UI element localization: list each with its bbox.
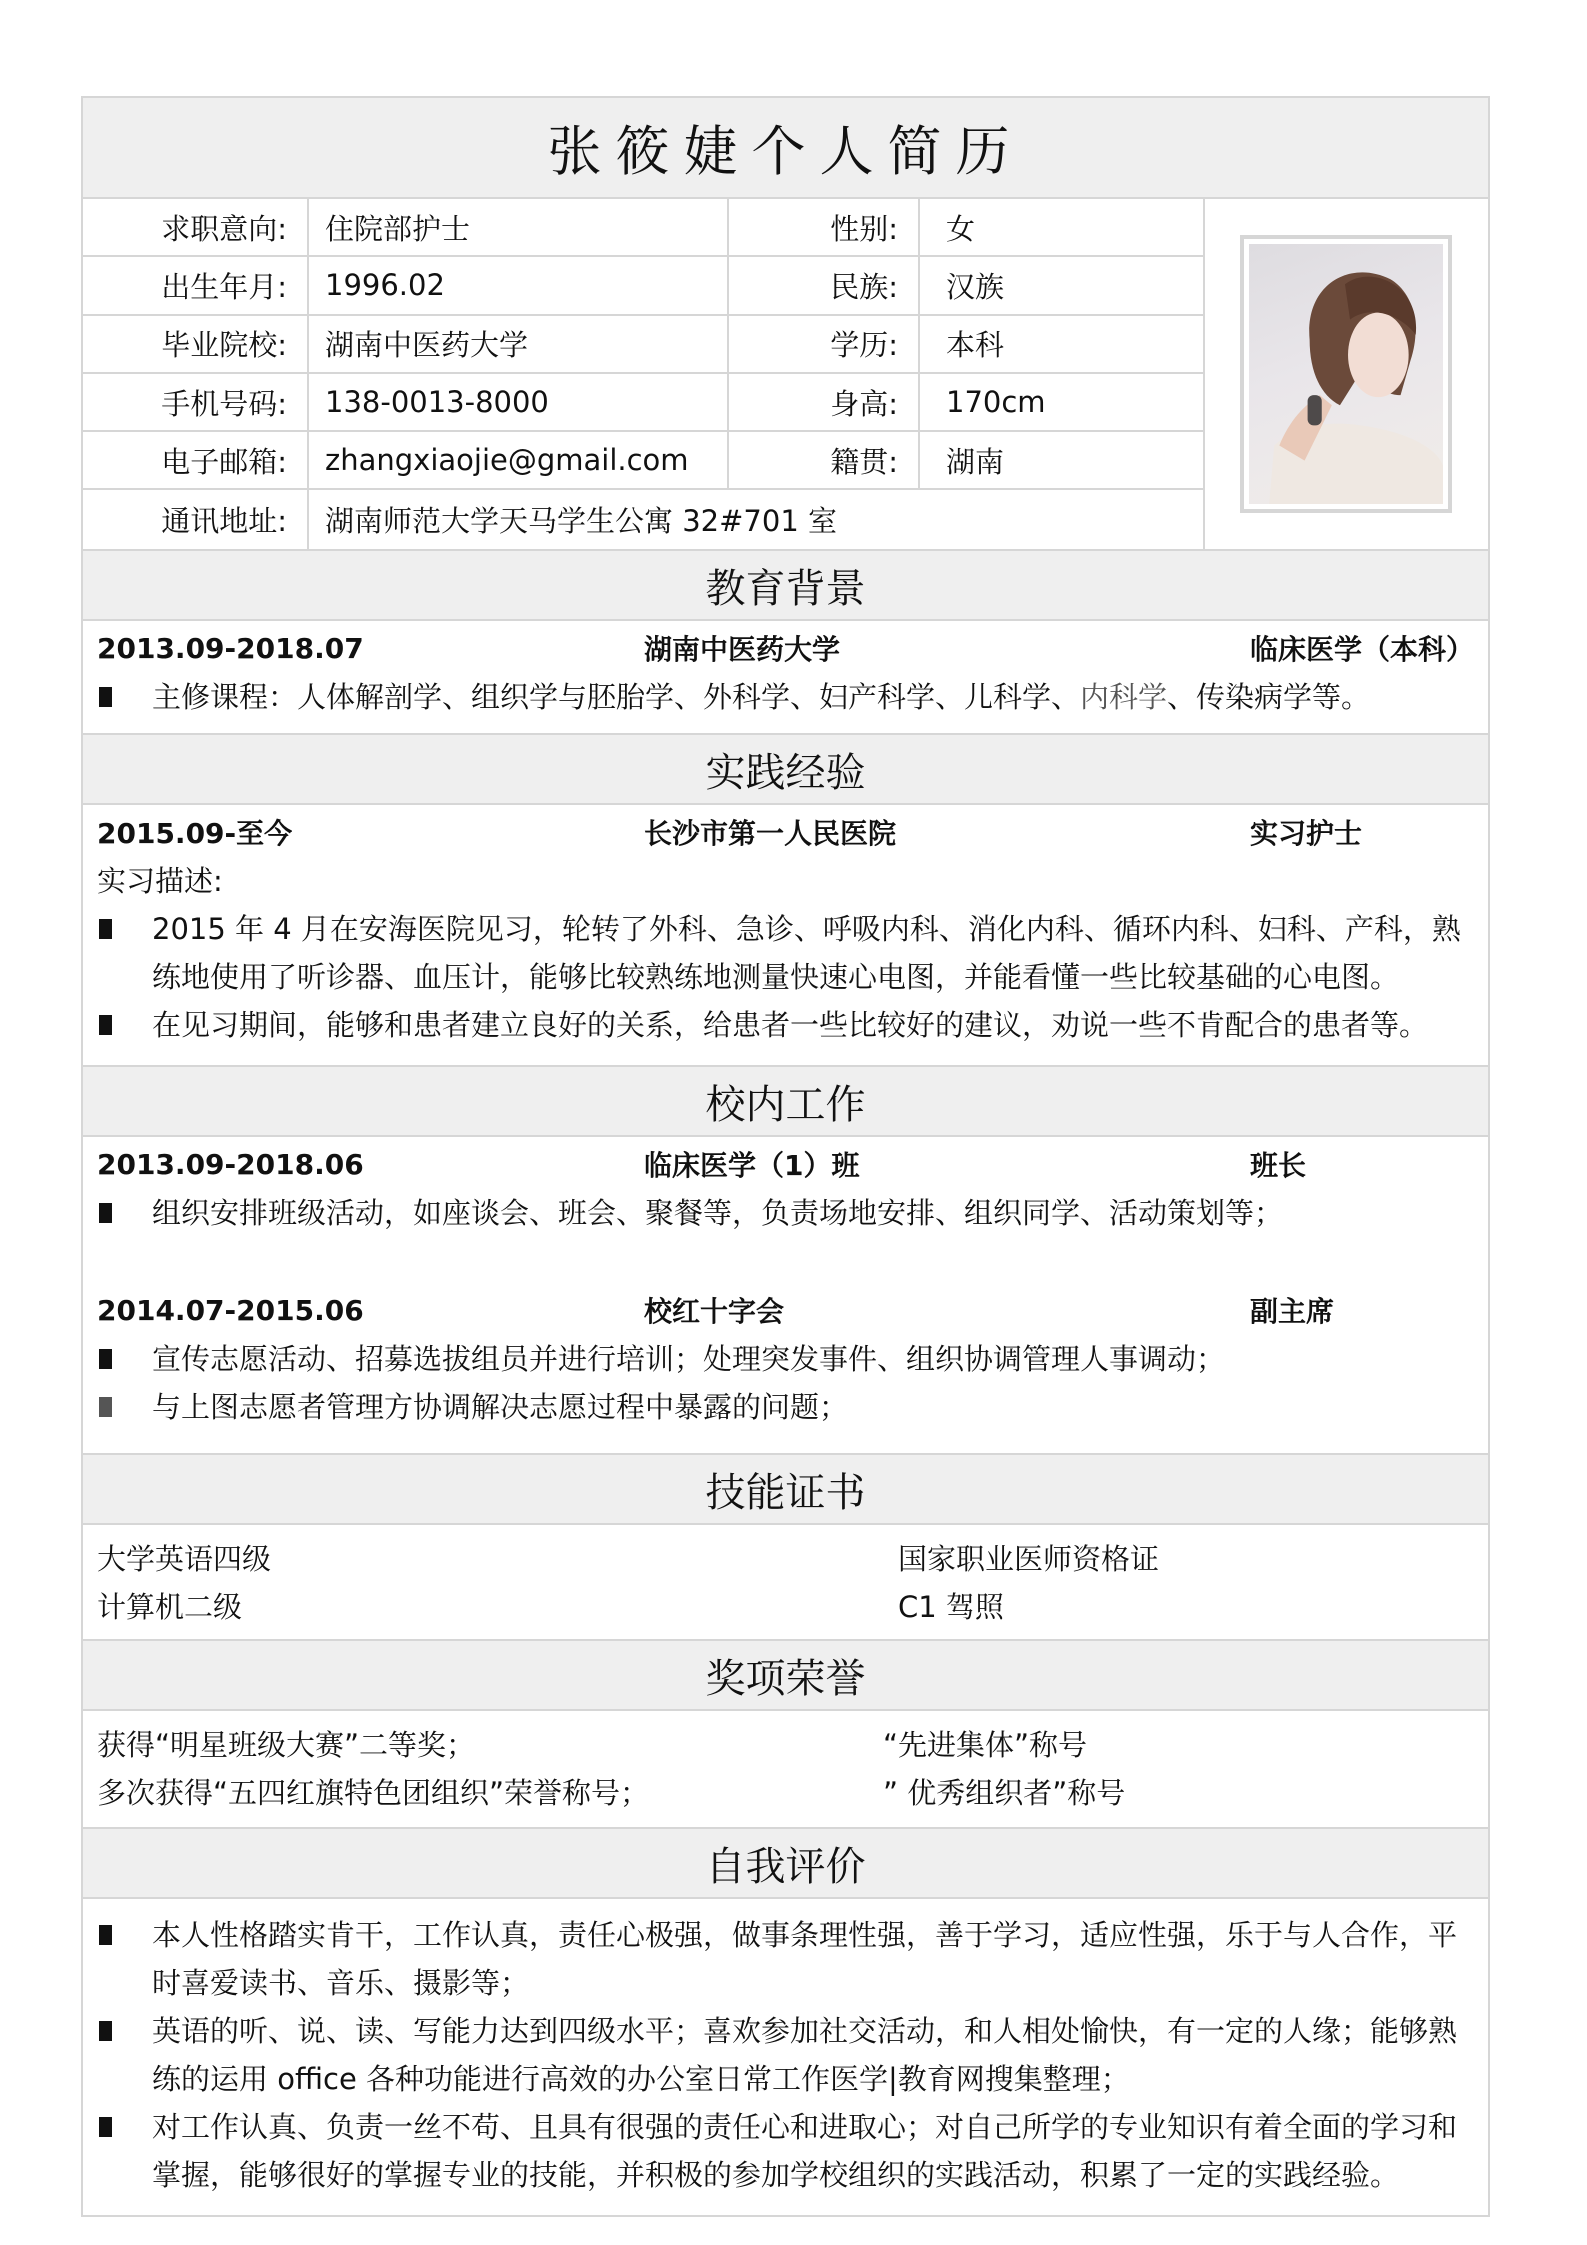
info-label: 电子邮箱: [83, 432, 309, 488]
entry-date: 2014.07-2015.06 [97, 1294, 644, 1327]
practice-bullet: 2015 年 4 月在安海医院见习，轮转了外科、急诊、呼吸内科、消化内科、循环内… [97, 905, 1472, 1001]
courses-bullet: 主修课程：人体解剖学、组织学与胚胎学、外科学、妇产科学、儿科学、内科学、传染病学… [97, 673, 1472, 721]
section-heading-campus: 校内工作 [83, 1067, 1488, 1137]
info-label: 籍贯: [729, 432, 920, 488]
awards-section: 获得“明星班级大赛”二等奖； “先进集体”称号 多次获得“五四红旗特色团组织”荣… [83, 1711, 1488, 1829]
self-eval-bullet: 英语的听、说、读、写能力达到四级水平；喜欢参加社交活动，和人相处愉快，有一定的人… [97, 2007, 1472, 2103]
skill-item: 大学英语四级 [97, 1535, 898, 1583]
portrait-icon [1249, 244, 1443, 504]
info-value: 170cm [920, 374, 1205, 430]
info-row-address: 通讯地址: 湖南师范大学天马学生公寓 32#701 室 [83, 490, 1205, 548]
info-value: 本科 [920, 316, 1205, 372]
practice-entry-header: 2015.09-至今 长沙市第一人民医院 实习护士 [97, 807, 1472, 857]
entry-org: 校红十字会 [644, 1290, 1250, 1330]
entry-role: 实习护士 [1250, 812, 1472, 852]
bullet-square-icon [99, 2021, 112, 2041]
practice-bullet: 在见习期间，能够和患者建立良好的关系，给患者一些比较好的建议，劝说一些不肯配合的… [97, 1001, 1472, 1049]
entry-role: 副主席 [1250, 1290, 1472, 1330]
education-section: 2013.09-2018.07 湖南中医药大学 临床医学（本科） 主修课程：人体… [83, 621, 1488, 735]
info-label: 通讯地址: [83, 490, 309, 548]
bullet-square-icon [99, 1925, 112, 1945]
info-row: 电子邮箱: zhangxiaojie@gmail.com 籍贯: 湖南 [83, 432, 1205, 490]
education-entry-header: 2013.09-2018.07 湖南中医药大学 临床医学（本科） [97, 623, 1472, 673]
bullet-square-icon [99, 2117, 112, 2137]
entry-org: 临床医学（1）班 [644, 1144, 1250, 1184]
campus-bullet: 组织安排班级活动，如座谈会、班会、聚餐等，负责场地安排、组织同学、活动策划等； [97, 1189, 1472, 1237]
bullet-square-icon [99, 1203, 112, 1223]
bullet-square-icon [99, 1349, 112, 1369]
info-label: 毕业院校: [83, 316, 309, 372]
info-label: 身高: [729, 374, 920, 430]
section-heading-awards: 奖项荣誉 [83, 1641, 1488, 1711]
section-heading-practice: 实践经验 [83, 735, 1488, 805]
photo-frame [1240, 235, 1452, 513]
self-eval-bullet: 对工作认真、负责一丝不苟、且具有很强的责任心和进取心；对自己所学的专业知识有着全… [97, 2103, 1472, 2199]
info-row: 手机号码: 138-0013-8000 身高: 170cm [83, 374, 1205, 432]
info-value: 住院部护士 [309, 199, 729, 255]
entry-date: 2013.09-2018.07 [97, 632, 644, 665]
campus-section: 2013.09-2018.06 临床医学（1）班 班长 组织安排班级活动，如座谈… [83, 1137, 1488, 1455]
section-heading-self-eval: 自我评价 [83, 1829, 1488, 1899]
entry-date: 2013.09-2018.06 [97, 1148, 644, 1181]
info-label: 性别: [729, 199, 920, 255]
address-value: 湖南师范大学天马学生公寓 32#701 室 [309, 490, 1205, 548]
self-eval-section: 本人性格踏实肯干，工作认真，责任心极强，做事条理性强，善于学习，适应性强，乐于与… [83, 1899, 1488, 2215]
email-value: zhangxiaojie@gmail.com [309, 432, 729, 488]
resume-title: 张筱婕个人简历 [548, 109, 1024, 186]
info-value: 湖南 [920, 432, 1205, 488]
info-value: 汉族 [920, 257, 1205, 313]
skills-row: 计算机二级 C1 驾照 [97, 1583, 1472, 1631]
award-item: “先进集体”称号 [883, 1721, 1087, 1769]
info-label: 出生年月: [83, 257, 309, 313]
campus-entry-header: 2013.09-2018.06 临床医学（1）班 班长 [97, 1139, 1472, 1189]
awards-row: 多次获得“五四红旗特色团组织”荣誉称号； ” 优秀组织者”称号 [97, 1769, 1472, 1817]
info-row: 出生年月: 1996.02 民族: 汉族 [83, 257, 1205, 315]
info-value: 1996.02 [309, 257, 729, 313]
info-value: 138-0013-8000 [309, 374, 729, 430]
info-row: 求职意向: 住院部护士 性别: 女 [83, 199, 1205, 257]
courses-text: 主修课程：人体解剖学、组织学与胚胎学、外科学、妇产科学、儿科学、 [152, 680, 1080, 714]
award-item: 多次获得“五四红旗特色团组织”荣誉称号； [97, 1769, 883, 1817]
bullet-square-icon [99, 687, 112, 707]
courses-text-end: 、传染病学等。 [1167, 680, 1370, 714]
info-value: 女 [920, 199, 1205, 255]
personal-info-section: 求职意向: 住院部护士 性别: 女 出生年月: 1996.02 民族: 汉族 毕… [83, 199, 1488, 551]
self-eval-bullet: 本人性格踏实肯干，工作认真，责任心极强，做事条理性强，善于学习，适应性强，乐于与… [97, 1911, 1472, 2007]
bullet-square-icon [99, 919, 112, 939]
info-label: 学历: [729, 316, 920, 372]
info-label: 求职意向: [83, 199, 309, 255]
info-value: 湖南中医药大学 [309, 316, 729, 372]
skill-item: C1 驾照 [898, 1583, 1004, 1631]
skill-item: 国家职业医师资格证 [898, 1535, 1159, 1583]
resume-frame: 张筱婕个人简历 求职意向: 住院部护士 性别: 女 出生年月: 1996.02 … [81, 96, 1490, 2217]
award-item: ” 优秀组织者”称号 [883, 1769, 1125, 1817]
campus-entry-header: 2014.07-2015.06 校红十字会 副主席 [97, 1285, 1472, 1335]
skill-item: 计算机二级 [97, 1583, 898, 1631]
title-band: 张筱婕个人简历 [83, 98, 1488, 199]
info-row: 毕业院校: 湖南中医药大学 学历: 本科 [83, 316, 1205, 374]
entry-org: 湖南中医药大学 [644, 628, 1250, 668]
award-item: 获得“明星班级大赛”二等奖； [97, 1721, 883, 1769]
skills-row: 大学英语四级 国家职业医师资格证 [97, 1535, 1472, 1583]
profile-photo [1249, 244, 1443, 504]
info-label: 手机号码: [83, 374, 309, 430]
entry-org: 长沙市第一人民医院 [644, 812, 1250, 852]
campus-bullet: 与上图志愿者管理方协调解决志愿过程中暴露的问题； [97, 1383, 1472, 1431]
entry-role: 班长 [1250, 1144, 1472, 1184]
section-heading-skills: 技能证书 [83, 1455, 1488, 1525]
entry-role: 临床医学（本科） [1250, 628, 1472, 668]
practice-desc-label: 实习描述: [97, 857, 1472, 905]
courses-text-gray: 内科学 [1080, 680, 1167, 714]
campus-bullet: 宣传志愿活动、招募选拔组员并进行培训；处理突发事件、组织协调管理人事调动； [97, 1335, 1472, 1383]
personal-info-table: 求职意向: 住院部护士 性别: 女 出生年月: 1996.02 民族: 汉族 毕… [83, 199, 1205, 549]
entry-date: 2015.09-至今 [97, 812, 644, 852]
bullet-square-icon [99, 1015, 112, 1035]
photo-cell [1205, 199, 1490, 549]
section-heading-education: 教育背景 [83, 551, 1488, 621]
awards-row: 获得“明星班级大赛”二等奖； “先进集体”称号 [97, 1721, 1472, 1769]
practice-section: 2015.09-至今 长沙市第一人民医院 实习护士 实习描述: 2015 年 4… [83, 805, 1488, 1067]
info-label: 民族: [729, 257, 920, 313]
bullet-square-icon [99, 1397, 112, 1417]
skills-section: 大学英语四级 国家职业医师资格证 计算机二级 C1 驾照 [83, 1525, 1488, 1641]
